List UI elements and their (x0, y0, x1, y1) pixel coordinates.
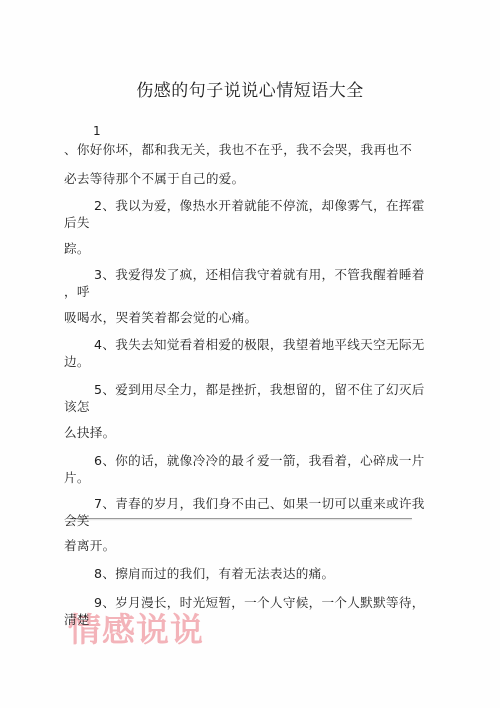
text-line: 9、岁月漫长，时光短暂，一个人守候，一个人默默等待， (94, 592, 425, 611)
text-line: 着离开。 (64, 535, 116, 554)
text-line: 必去等待那个不属于自己的爱。 (64, 168, 245, 187)
text-line: ，呼 (64, 281, 90, 300)
text-line: 踪。 (64, 238, 90, 257)
text-line: 么抉择。 (64, 422, 116, 441)
item-number-1: 1 (93, 124, 101, 138)
text-line: 吸喝水，哭着笑着都会觉的心痛。 (64, 307, 257, 326)
text-line: 清楚 (64, 609, 90, 628)
text-line: 6、你的话，就像冷冷的最彳爱一箭，我看着，心碎成一片 (94, 450, 425, 469)
text-line: 2、我以为爱，像热水开着就能不停流，却像雾气，在挥霍 (94, 195, 425, 214)
text-line: 会笑 (64, 510, 90, 529)
text-line: 7、青春的岁月，我们身不由己、如果一切可以重来或许我 (94, 493, 425, 512)
text-line: 3、我爱得发了疯，还相信我守着就有用，不管我醒着睡着 (94, 264, 425, 283)
text-line: 片。 (64, 467, 90, 486)
text-line: 4、我失去知觉看着相爱的极限，我望着地平线天空无际无 (94, 334, 425, 353)
text-line: 8、擦肩而过的我们，有着无法表达的痛。 (94, 563, 334, 582)
document-page: 伤感的句子说说心情短语大全 1 、你好你坏，都和我无关，我也不在乎，我不会哭，我… (0, 0, 500, 708)
document-title: 伤感的句子说说心情短语大全 (0, 76, 500, 101)
page-separator (70, 518, 412, 519)
text-line: 后失 (64, 212, 90, 231)
text-line: 、你好你坏，都和我无关，我也不在乎，我不会哭，我再也不 (64, 139, 412, 158)
text-line: 5、爱到用尽全力，都是挫折，我想留的，留不住了幻灭后 (94, 379, 425, 398)
text-line: 边。 (64, 351, 90, 370)
text-line: 该怎 (64, 396, 90, 415)
